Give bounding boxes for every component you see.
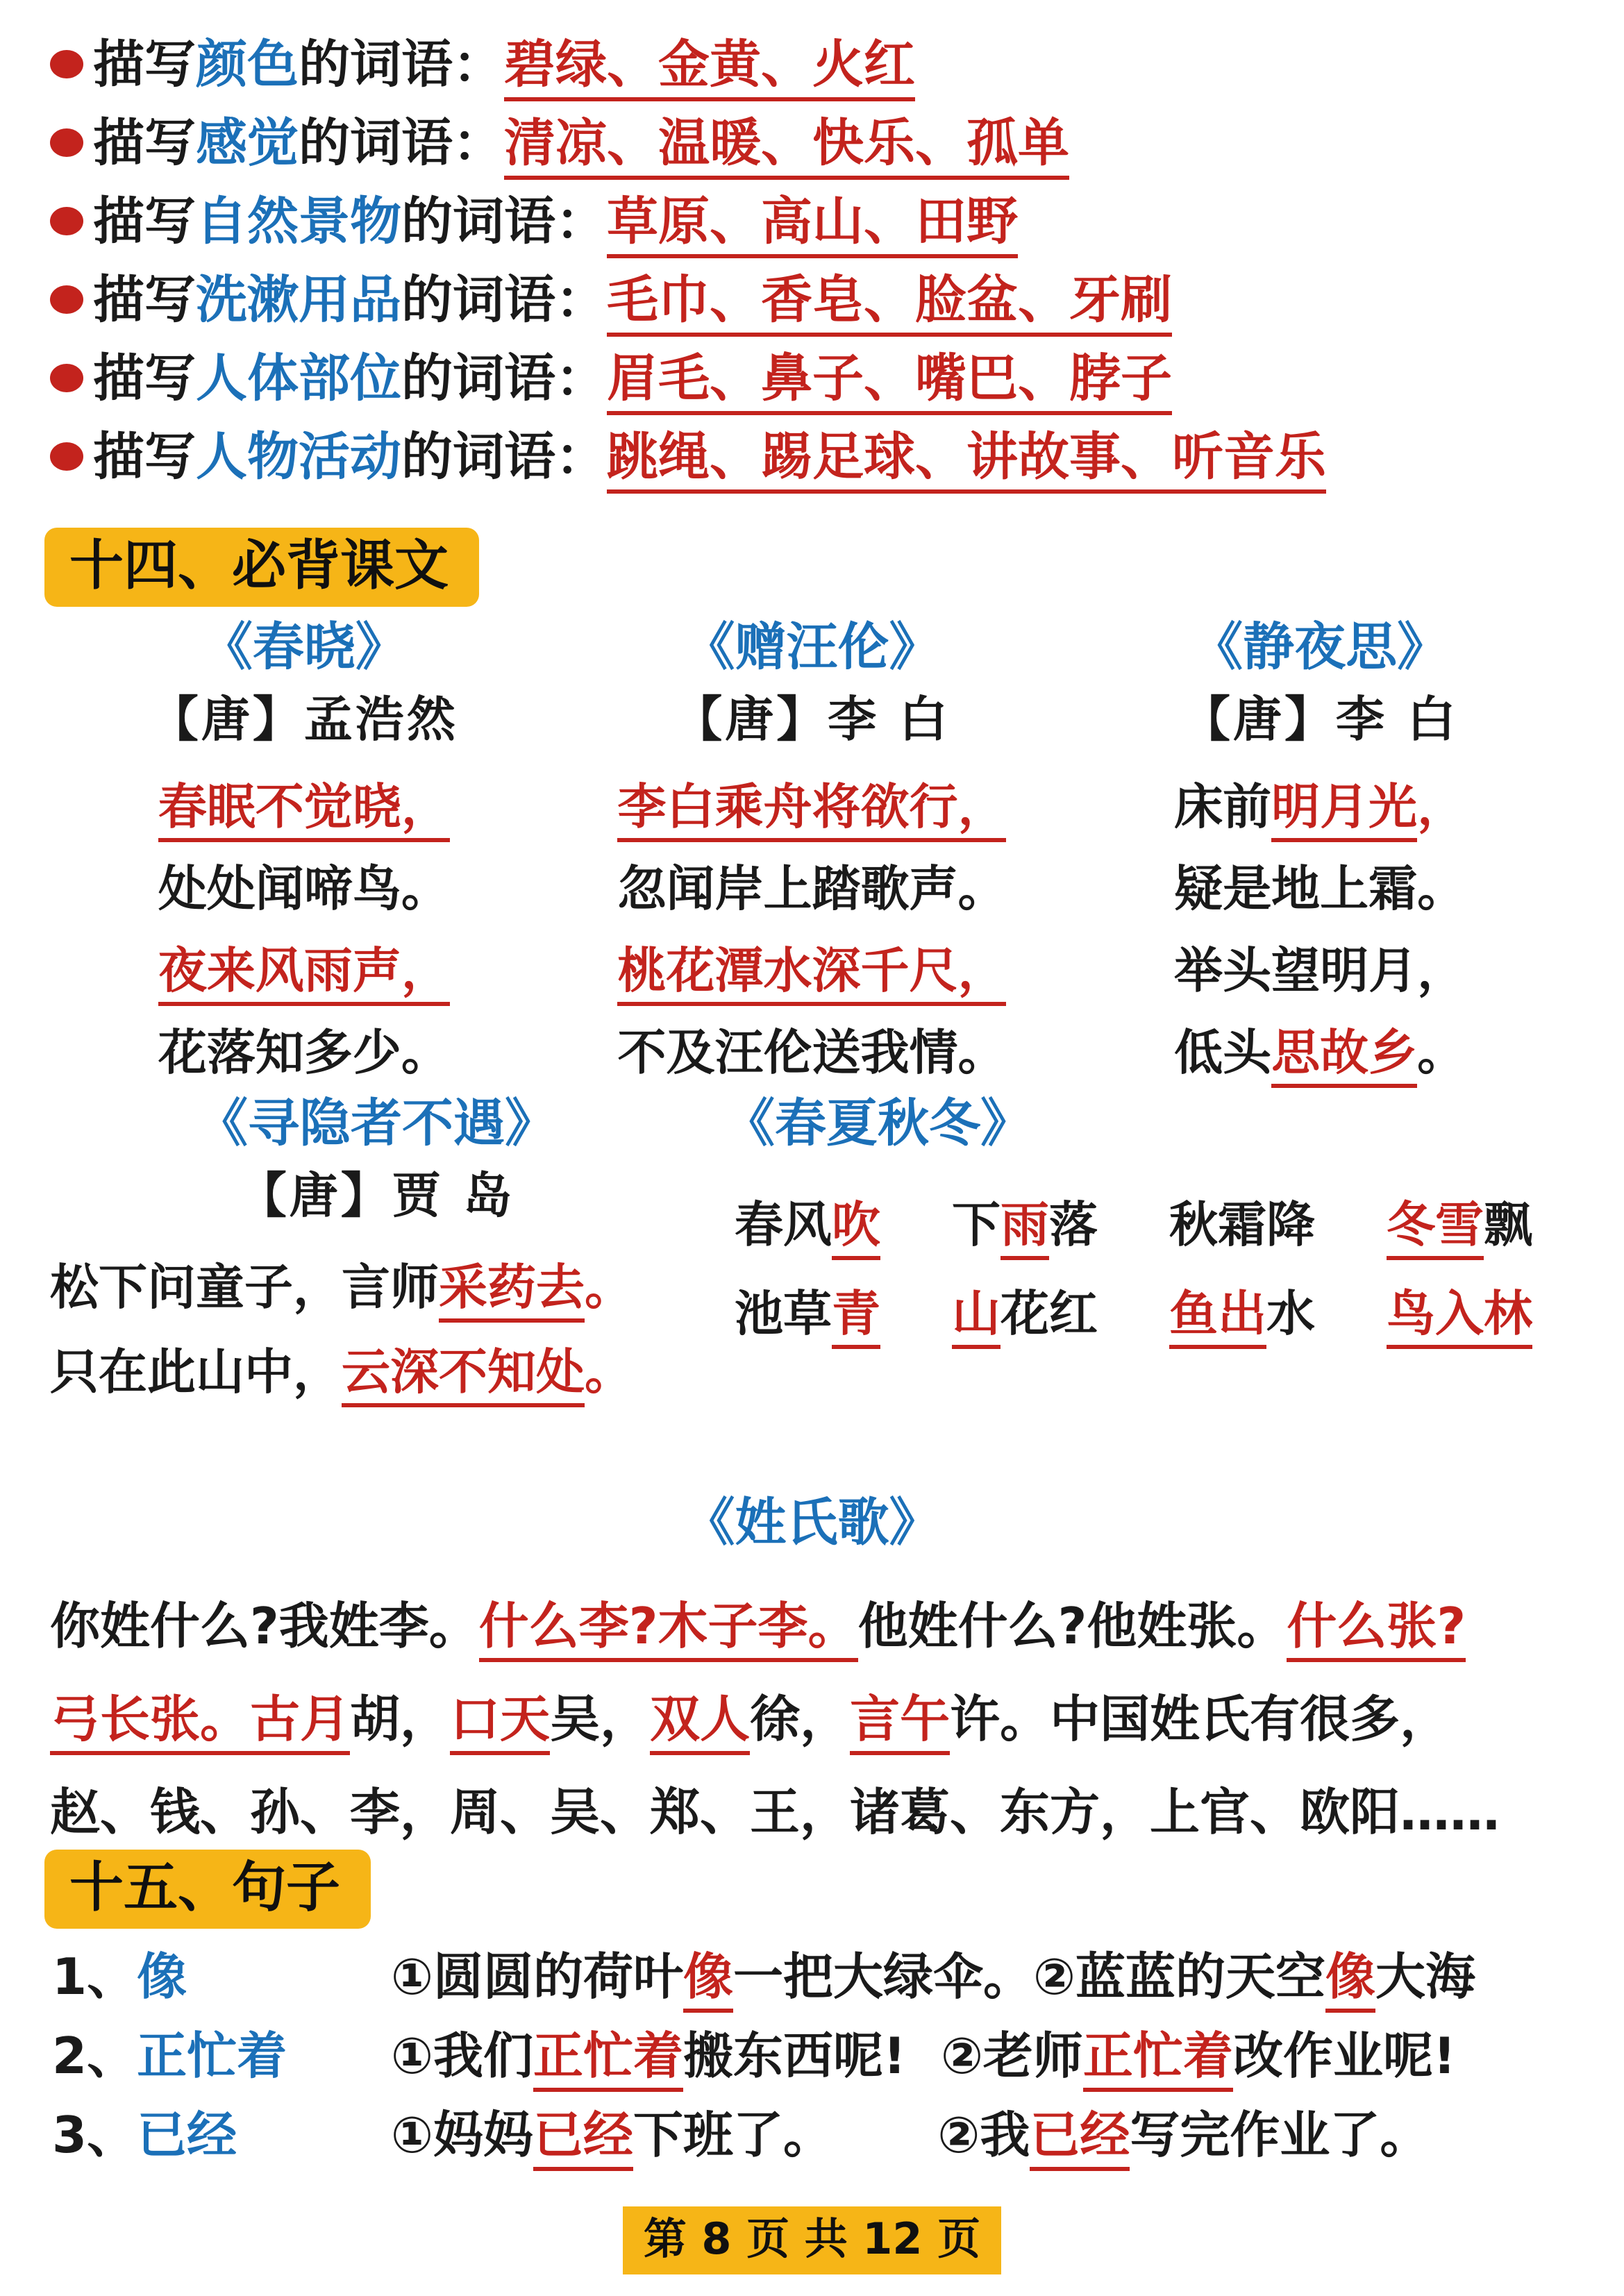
poem-chunxiaqiudong: 《春夏秋冬》 春风吹 下雨落 秋霜降 冬雪飘 池草青 山花红 鱼出水 鸟入林 bbox=[703, 1087, 1574, 1421]
text-segment: 明月光 bbox=[1271, 778, 1417, 842]
text-segment: 鱼出 bbox=[1169, 1285, 1266, 1349]
text-segment: 疑是地上霜。 bbox=[1174, 860, 1466, 917]
text-segment: 弓长张。 bbox=[50, 1690, 250, 1755]
word-list-text: 描写人体部位的词语：眉毛、鼻子、嘴巴、脖子 bbox=[93, 353, 1172, 404]
poem-zengwanglun: 《赠汪伦》 【唐】李 白 李白乘舟将欲行， 忽闻岸上踏歌声。 桃花潭水深千尺， … bbox=[558, 611, 1066, 1100]
text-segment: 徐， bbox=[750, 1690, 850, 1748]
bullet-icon bbox=[50, 50, 83, 78]
text-segment: ①圆圆的荷叶 bbox=[391, 1947, 683, 2006]
text-segment: ①我们 bbox=[391, 2027, 533, 2085]
text-segment: 冬雪 bbox=[1387, 1196, 1484, 1260]
word-list-item: 描写洗漱用品的词语：毛巾、香皂、脸盆、牙刷 bbox=[50, 260, 1589, 339]
text-segment: 处处闻啼鸟。 bbox=[158, 860, 450, 917]
section-15-header: 十五、句子 bbox=[44, 1850, 371, 1929]
text-segment: 桃花潭水深千尺， bbox=[617, 942, 1006, 1006]
text-segment: 飘 bbox=[1484, 1196, 1532, 1253]
text-segment: 人物活动 bbox=[196, 427, 401, 487]
sentence-keyword: 3、已经 bbox=[52, 2110, 391, 2160]
text-segment: 描写 bbox=[93, 270, 196, 330]
text-segment: 春眠不觉晓， bbox=[158, 778, 450, 842]
text-segment: 思故乡 bbox=[1271, 1024, 1417, 1088]
text-segment: 下班了。 bbox=[633, 2106, 833, 2164]
poem-line: 松下问童子，言师采药去。 bbox=[50, 1251, 703, 1336]
poem-line: 忽闻岸上踏歌声。 bbox=[558, 854, 1066, 936]
text-segment: 眉毛、鼻子、嘴巴、脖子 bbox=[607, 349, 1172, 415]
text-segment: 你姓什么?我姓李。 bbox=[50, 1597, 479, 1655]
bullet-icon bbox=[50, 207, 83, 235]
text-segment: 赵、钱、孙、李，周、吴、郑、王，诸葛、东方，上官、欧阳…… bbox=[50, 1783, 1500, 1841]
text-segment: 已经 bbox=[1030, 2106, 1130, 2171]
section-14-header: 十四、必背课文 bbox=[44, 528, 479, 607]
poem-line: 举头望明月， bbox=[1066, 936, 1574, 1018]
seasons-item: 春风吹 bbox=[735, 1200, 880, 1249]
poem-author: 【唐】孟浩然 bbox=[50, 683, 558, 755]
bullet-icon bbox=[50, 364, 83, 392]
text-segment: 口天 bbox=[450, 1690, 550, 1755]
text-segment: 吹 bbox=[832, 1196, 880, 1260]
text-segment: 什么张? bbox=[1287, 1597, 1466, 1662]
text-segment: 的词语： bbox=[401, 270, 607, 330]
text-segment: 只在此山中， bbox=[50, 1343, 342, 1400]
text-segment: 言午 bbox=[850, 1690, 950, 1755]
text-segment: 改作业呢! bbox=[1233, 2027, 1456, 2085]
text-segment: 搬东西呢! ②老师 bbox=[683, 2027, 1083, 2085]
poem-title: 《赠汪伦》 bbox=[558, 611, 1066, 683]
text-segment: 池草 bbox=[735, 1285, 832, 1342]
poem-title: 《春夏秋冬》 bbox=[723, 1087, 1574, 1159]
text-segment: 吴， bbox=[550, 1690, 650, 1748]
text-segment: 胡， bbox=[350, 1690, 450, 1748]
poems-row-1: 《春晓》 【唐】孟浩然 春眠不觉晓， 处处闻啼鸟。 夜来风雨声， 花落知多少。 … bbox=[50, 611, 1574, 1100]
sentence-examples: ①我们正忙着搬东西呢! ②老师正忙着改作业呢! bbox=[391, 2031, 1587, 2081]
text-segment: 颜色 bbox=[196, 35, 299, 94]
text-segment: 正忙着 bbox=[1083, 2027, 1233, 2092]
text-segment: 描写 bbox=[93, 349, 196, 408]
text-segment: 的词语： bbox=[401, 349, 607, 408]
poem-author: 【唐】李 白 bbox=[558, 683, 1066, 755]
text-segment: 像 bbox=[1325, 1947, 1375, 2013]
text-segment: 花红 bbox=[1001, 1285, 1098, 1342]
seasons-row: 春风吹 下雨落 秋霜降 冬雪飘 bbox=[723, 1180, 1574, 1269]
text-segment: 忽闻岸上踏歌声。 bbox=[617, 860, 1006, 917]
text-segment: 云深不知处 bbox=[342, 1343, 585, 1407]
text-segment: 的词语： bbox=[401, 427, 607, 487]
text-segment: 山 bbox=[952, 1285, 1001, 1349]
text-segment: 。 bbox=[585, 1259, 633, 1316]
xingshige-line: 你姓什么?我姓李。什么李?木子李。他姓什么?他姓张。什么张? bbox=[50, 1587, 1574, 1680]
word-list-text: 描写颜色的词语：碧绿、金黄、火红 bbox=[93, 39, 915, 90]
sentence-examples: ①圆圆的荷叶像一把大绿伞。②蓝蓝的天空像大海 bbox=[391, 1952, 1587, 2002]
section-14-title: 十四、必背课文 bbox=[69, 535, 449, 597]
word-lists-section: 描写颜色的词语：碧绿、金黄、火红 描写感觉的词语：清凉、温暖、快乐、孤单 描写自… bbox=[50, 25, 1589, 496]
sentence-keyword: 2、正忙着 bbox=[52, 2031, 391, 2081]
poem-jingyesi: 《静夜思》 【唐】李 白 床前明月光， 疑是地上霜。 举头望明月， 低头思故乡。 bbox=[1066, 611, 1574, 1100]
text-segment: 描写 bbox=[93, 113, 196, 173]
xingshige-line: 弓长张。古月胡，口天吴，双人徐，言午许。中国姓氏有很多， bbox=[50, 1680, 1574, 1773]
text-segment: 1、 bbox=[52, 1947, 137, 2006]
text-segment: 春风 bbox=[735, 1196, 832, 1253]
text-segment: 写完作业了。 bbox=[1130, 2106, 1430, 2164]
text-segment: 像 bbox=[683, 1947, 733, 2013]
text-segment: 清凉、温暖、快乐、孤单 bbox=[504, 113, 1069, 180]
word-list-text: 描写自然景物的词语：草原、高山、田野 bbox=[93, 196, 1018, 247]
text-segment: 自然景物 bbox=[196, 192, 401, 251]
poem-line: 只在此山中，云深不知处。 bbox=[50, 1336, 703, 1421]
poem-line: 桃花潭水深千尺， bbox=[558, 936, 1066, 1018]
text-segment: 许。 bbox=[950, 1690, 1050, 1748]
seasons-item: 鸟入林 bbox=[1387, 1289, 1532, 1338]
poem-title: 《春晓》 bbox=[50, 611, 558, 683]
sentence-keyword: 1、像 bbox=[52, 1952, 391, 2002]
word-list-text: 描写感觉的词语：清凉、温暖、快乐、孤单 bbox=[93, 117, 1069, 169]
text-segment: 的词语： bbox=[299, 35, 504, 94]
worksheet-page: 描写颜色的词语：碧绿、金黄、火红 描写感觉的词语：清凉、温暖、快乐、孤单 描写自… bbox=[0, 0, 1624, 2296]
word-list-item: 描写感觉的词语：清凉、温暖、快乐、孤单 bbox=[50, 103, 1589, 182]
text-segment: 的词语： bbox=[401, 192, 607, 251]
text-segment: 感觉 bbox=[196, 113, 299, 173]
text-segment: 采药去 bbox=[439, 1259, 585, 1323]
word-list-text: 描写人物活动的词语：跳绳、踢足球、讲故事、听音乐 bbox=[93, 431, 1326, 483]
text-segment: 青 bbox=[832, 1285, 880, 1349]
text-segment: 洗漱用品 bbox=[196, 270, 401, 330]
bullet-icon bbox=[50, 285, 83, 314]
poem-title: 《静夜思》 bbox=[1066, 611, 1574, 683]
text-segment: 雨 bbox=[1001, 1196, 1049, 1260]
sentence-row: 1、像 ①圆圆的荷叶像一把大绿伞。②蓝蓝的天空像大海 bbox=[52, 1937, 1587, 2016]
text-segment: ①妈妈 bbox=[391, 2106, 533, 2164]
text-segment: 的词语： bbox=[299, 113, 504, 173]
poem-line: 处处闻啼鸟。 bbox=[50, 854, 558, 936]
text-segment: 大海 bbox=[1375, 1947, 1475, 2006]
text-segment: ②我 bbox=[833, 2106, 1030, 2164]
text-segment: 他姓什么?他姓张。 bbox=[858, 1597, 1287, 1655]
poems-row-2: 《寻隐者不遇》 【唐】贾 岛 松下问童子，言师采药去。 只在此山中，云深不知处。… bbox=[50, 1087, 1574, 1421]
word-list-item: 描写人体部位的词语：眉毛、鼻子、嘴巴、脖子 bbox=[50, 339, 1589, 417]
text-segment: 一把大绿伞。②蓝蓝的天空 bbox=[733, 1947, 1325, 2006]
text-segment: 正忙着 bbox=[533, 2027, 683, 2092]
poem-lines: 李白乘舟将欲行， 忽闻岸上踏歌声。 桃花潭水深千尺， 不及汪伦送我情。 bbox=[558, 772, 1066, 1100]
text-segment: 描写 bbox=[93, 192, 196, 251]
poem-title: 《姓氏歌》 bbox=[50, 1486, 1574, 1559]
text-segment: 床前 bbox=[1174, 778, 1271, 835]
text-segment: 花落知多少。 bbox=[158, 1024, 450, 1081]
text-segment: 人体部位 bbox=[196, 349, 401, 408]
poem-line: 疑是地上霜。 bbox=[1066, 854, 1574, 936]
text-segment: 。 bbox=[1417, 1024, 1466, 1081]
text-segment: 碧绿、金黄、火红 bbox=[504, 35, 915, 101]
bullet-icon bbox=[50, 128, 83, 157]
text-segment: ， bbox=[1417, 778, 1466, 835]
word-list-text: 描写洗漱用品的词语：毛巾、香皂、脸盆、牙刷 bbox=[93, 274, 1172, 326]
seasons-item: 鱼出水 bbox=[1169, 1289, 1315, 1338]
poem-line: 夜来风雨声， bbox=[50, 936, 558, 1018]
text-segment: 秋霜降 bbox=[1169, 1196, 1315, 1253]
text-segment: 古月 bbox=[250, 1690, 350, 1755]
poem-author: 【唐】贾 岛 bbox=[50, 1159, 703, 1232]
text-segment: 正忙着 bbox=[137, 2027, 287, 2085]
page-footer: 第 8 页 共 12 页 bbox=[0, 2206, 1624, 2274]
xingshige-section: 《姓氏歌》 你姓什么?我姓李。什么李?木子李。他姓什么?他姓张。什么张? 弓长张… bbox=[50, 1486, 1574, 1866]
text-segment: 松下问童子，言师 bbox=[50, 1259, 439, 1316]
xingshige-lines: 你姓什么?我姓李。什么李?木子李。他姓什么?他姓张。什么张? 弓长张。古月胡，口… bbox=[50, 1587, 1574, 1866]
word-list-item: 描写人物活动的词语：跳绳、踢足球、讲故事、听音乐 bbox=[50, 417, 1589, 496]
poem-author: 【唐】李 白 bbox=[1066, 683, 1574, 755]
poem-line: 床前明月光， bbox=[1066, 772, 1574, 854]
seasons-item: 秋霜降 bbox=[1169, 1200, 1315, 1249]
poem-line: 李白乘舟将欲行， bbox=[558, 772, 1066, 854]
text-segment: 什么李?木子李。 bbox=[479, 1597, 858, 1662]
text-segment: 低头 bbox=[1174, 1024, 1271, 1081]
poem-xunyinzhebuyu: 《寻隐者不遇》 【唐】贾 岛 松下问童子，言师采药去。 只在此山中，云深不知处。 bbox=[50, 1087, 703, 1421]
seasons-item: 冬雪飘 bbox=[1387, 1200, 1532, 1249]
text-segment: 夜来风雨声， bbox=[158, 942, 450, 1006]
seasons-row: 池草青 山花红 鱼出水 鸟入林 bbox=[723, 1269, 1574, 1358]
text-segment: 李白乘舟将欲行， bbox=[617, 778, 1006, 842]
text-segment: 落 bbox=[1049, 1196, 1098, 1253]
text-segment: 举头望明月， bbox=[1174, 942, 1466, 999]
text-segment: 中国姓氏有很多， bbox=[1050, 1690, 1450, 1748]
text-segment: 毛巾、香皂、脸盆、牙刷 bbox=[607, 270, 1172, 337]
text-segment: 不及汪伦送我情。 bbox=[617, 1024, 1006, 1081]
poem-title: 《寻隐者不遇》 bbox=[50, 1087, 703, 1159]
text-segment: 像 bbox=[137, 1947, 187, 2006]
page-number-badge: 第 8 页 共 12 页 bbox=[623, 2206, 1001, 2274]
text-segment: 描写 bbox=[93, 427, 196, 487]
sentences-section: 1、像 ①圆圆的荷叶像一把大绿伞。②蓝蓝的天空像大海 2、正忙着 ①我们正忙着搬… bbox=[52, 1937, 1587, 2175]
text-segment: 已经 bbox=[533, 2106, 633, 2171]
text-segment: 草原、高山、田野 bbox=[607, 192, 1018, 258]
text-segment: 。 bbox=[585, 1343, 633, 1400]
text-segment: 水 bbox=[1266, 1285, 1315, 1342]
poem-lines: 春眠不觉晓， 处处闻啼鸟。 夜来风雨声， 花落知多少。 bbox=[50, 772, 558, 1100]
sentence-row: 3、已经 ①妈妈已经下班了。 ②我已经写完作业了。 bbox=[52, 2095, 1587, 2175]
text-segment: 鸟入林 bbox=[1387, 1285, 1532, 1349]
text-segment: 双人 bbox=[650, 1690, 750, 1755]
sentence-examples: ①妈妈已经下班了。 ②我已经写完作业了。 bbox=[391, 2110, 1587, 2160]
poem-lines: 床前明月光， 疑是地上霜。 举头望明月， 低头思故乡。 bbox=[1066, 772, 1574, 1100]
text-segment: 跳绳、踢足球、讲故事、听音乐 bbox=[607, 427, 1326, 494]
text-segment: 2、 bbox=[52, 2027, 137, 2085]
seasons-item: 下雨落 bbox=[952, 1200, 1098, 1249]
sentence-row: 2、正忙着 ①我们正忙着搬东西呢! ②老师正忙着改作业呢! bbox=[52, 2016, 1587, 2095]
word-list-item: 描写颜色的词语：碧绿、金黄、火红 bbox=[50, 25, 1589, 103]
poem-chunxiao: 《春晓》 【唐】孟浩然 春眠不觉晓， 处处闻啼鸟。 夜来风雨声， 花落知多少。 bbox=[50, 611, 558, 1100]
word-list-item: 描写自然景物的词语：草原、高山、田野 bbox=[50, 182, 1589, 260]
seasons-item: 池草青 bbox=[735, 1289, 880, 1338]
seasons-rows: 春风吹 下雨落 秋霜降 冬雪飘 池草青 山花红 鱼出水 鸟入林 bbox=[723, 1180, 1574, 1358]
section-15-title: 十五、句子 bbox=[69, 1857, 340, 1919]
poem-line: 春眠不觉晓， bbox=[50, 772, 558, 854]
text-segment: 下 bbox=[952, 1196, 1001, 1253]
poem-lines: 松下问童子，言师采药去。 只在此山中，云深不知处。 bbox=[50, 1251, 703, 1421]
seasons-item: 山花红 bbox=[952, 1289, 1098, 1338]
text-segment: 3、 bbox=[52, 2106, 137, 2164]
text-segment: 描写 bbox=[93, 35, 196, 94]
text-segment: 已经 bbox=[137, 2106, 237, 2164]
bullet-icon bbox=[50, 442, 83, 471]
